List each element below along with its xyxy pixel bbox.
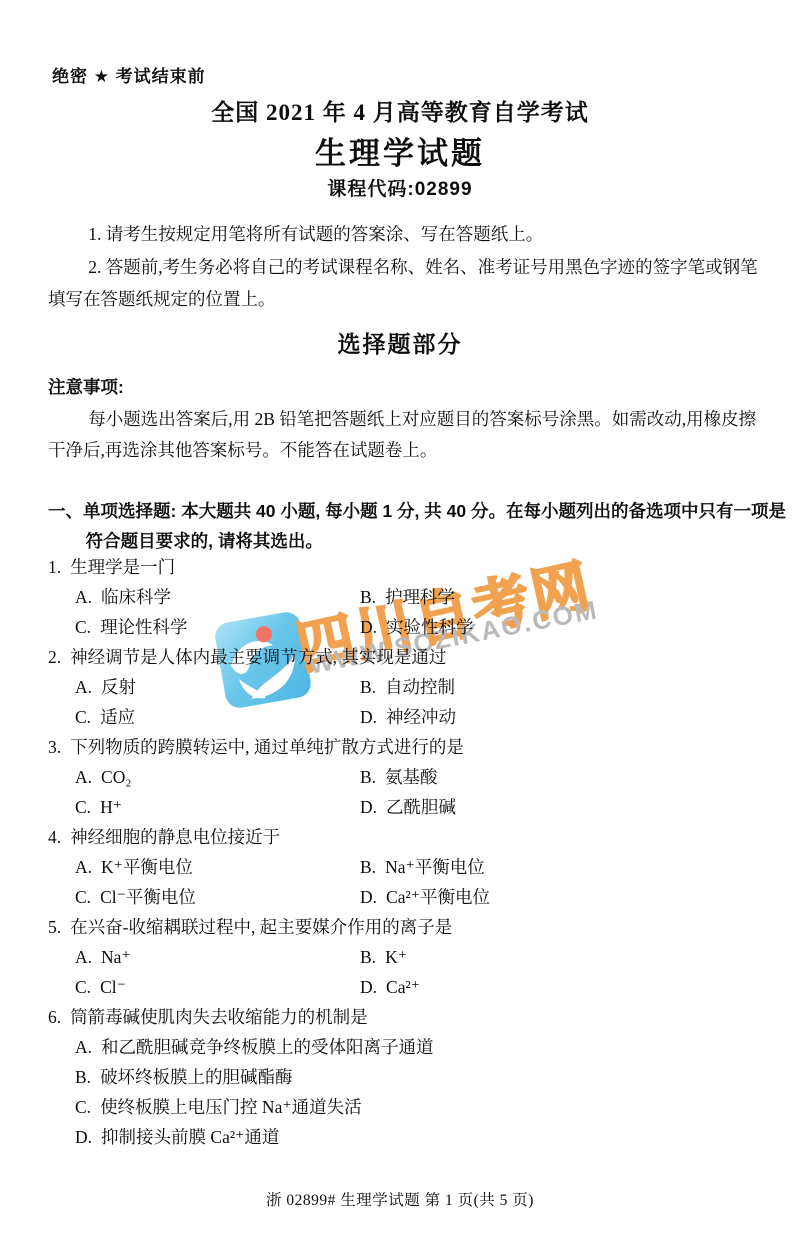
security-classification-label: 绝密 ★ 考试结束前 <box>52 62 206 87</box>
option-a: A.反射 <box>75 677 136 697</box>
option-a: A.CO₂ <box>75 767 131 787</box>
option-c: C.理论性科学 <box>75 617 188 637</box>
option-c: C.H⁺ <box>75 797 122 817</box>
option-a: A.K⁺平衡电位 <box>75 857 193 877</box>
question-stem-text: 在兴奋-收缩耦联过程中, 起主要媒介作用的离子是 <box>70 917 452 937</box>
option-d: D.神经冲动 <box>360 702 456 732</box>
question-stem: 1.生理学是一门 <box>48 552 760 582</box>
option-a: A.临床科学 <box>75 587 171 607</box>
option-row: A.CO₂ B.氨基酸 <box>48 762 760 792</box>
question-number: 5. <box>48 917 61 937</box>
option-row: A.Na⁺ B.K⁺ <box>48 942 760 972</box>
part-one-heading: 一、单项选择题: 本大题共 40 小题, 每小题 1 分, 共 40 分。在每小… <box>48 496 800 556</box>
option-c: C.适应 <box>75 707 135 727</box>
option-row: C.理论性科学 D.实验性科学 <box>48 612 760 642</box>
option-c: C.Cl⁻ <box>75 977 126 997</box>
question-4: 4.神经细胞的静息电位接近于 A.K⁺平衡电位 B.Na⁺平衡电位 C.Cl⁻平… <box>48 822 760 912</box>
instruction-item-1: 1. 请考生按规定用笔将所有试题的答案涂、写在答题纸上。 <box>48 218 758 251</box>
option-row: C.适应 D.神经冲动 <box>48 702 760 732</box>
option-c: C.使终板膜上电压门控 Na⁺通道失活 <box>48 1092 760 1122</box>
option-row: A.K⁺平衡电位 B.Na⁺平衡电位 <box>48 852 760 882</box>
question-stem: 6.筒箭毒碱使肌肉失去收缩能力的机制是 <box>48 1002 760 1032</box>
question-number: 3. <box>48 737 61 757</box>
notice-block: 注意事项: 每小题选出答案后,用 2B 铅笔把答题纸上对应题目的答案标号涂黑。如… <box>48 372 758 467</box>
option-d: D.Ca²⁺平衡电位 <box>360 882 490 912</box>
option-row: A.反射 B.自动控制 <box>48 672 760 702</box>
option-row: C.H⁺ D.乙酰胆碱 <box>48 792 760 822</box>
option-b: B.破坏终板膜上的胆碱酯酶 <box>48 1062 760 1092</box>
page-footer: 浙 02899# 生理学试题 第 1 页(共 5 页) <box>0 1188 800 1210</box>
notice-body: 每小题选出答案后,用 2B 铅笔把答题纸上对应题目的答案标号涂黑。如需改动,用橡… <box>48 404 758 467</box>
question-5: 5.在兴奋-收缩耦联过程中, 起主要媒介作用的离子是 A.Na⁺ B.K⁺ C.… <box>48 912 760 1002</box>
exam-paper-page: 四川自考网 WWW.SCZIKAO.COM 绝密 ★ 考试结束前 全国 2021… <box>0 0 800 1243</box>
general-instructions: 1. 请考生按规定用笔将所有试题的答案涂、写在答题纸上。 2. 答题前,考生务必… <box>48 218 758 316</box>
option-d: D.乙酰胆碱 <box>360 792 456 822</box>
notice-title: 注意事项: <box>48 372 758 404</box>
question-stem-text: 神经细胞的静息电位接近于 <box>70 827 280 847</box>
question-3: 3.下列物质的跨膜转运中, 通过单纯扩散方式进行的是 A.CO₂ B.氨基酸 C… <box>48 732 760 822</box>
question-number: 6. <box>48 1007 61 1027</box>
question-stem-text: 生理学是一门 <box>70 557 175 577</box>
question-6: 6.筒箭毒碱使肌肉失去收缩能力的机制是 A.和乙酰胆碱竞争终板膜上的受体阳离子通… <box>48 1002 760 1152</box>
question-stem-text: 筒箭毒碱使肌肉失去收缩能力的机制是 <box>70 1007 368 1027</box>
option-d: D.实验性科学 <box>360 612 474 642</box>
question-stem-text: 下列物质的跨膜转运中, 通过单纯扩散方式进行的是 <box>70 737 464 757</box>
option-d: D.抑制接头前膜 Ca²⁺通道 <box>48 1122 760 1152</box>
question-stem: 3.下列物质的跨膜转运中, 通过单纯扩散方式进行的是 <box>48 732 760 762</box>
question-stem: 4.神经细胞的静息电位接近于 <box>48 822 760 852</box>
question-stem-text: 神经调节是人体内最主要调节方式, 其实现是通过 <box>70 647 446 667</box>
option-d: D.Ca²⁺ <box>360 972 420 1002</box>
option-c: C.Cl⁻平衡电位 <box>75 887 196 907</box>
option-row: C.Cl⁻平衡电位 D.Ca²⁺平衡电位 <box>48 882 760 912</box>
option-row: A.临床科学 B.护理科学 <box>48 582 760 612</box>
option-b: B.护理科学 <box>360 582 455 612</box>
option-row: C.Cl⁻ D.Ca²⁺ <box>48 972 760 1002</box>
question-number: 4. <box>48 827 61 847</box>
exam-session-title: 全国 2021 年 4 月高等教育自学考试 <box>0 94 800 127</box>
option-a: A.和乙酰胆碱竞争终板膜上的受体阳离子通道 <box>48 1032 760 1062</box>
question-number: 2. <box>48 647 61 667</box>
section-title: 选择题部分 <box>0 326 800 359</box>
question-number: 1. <box>48 557 61 577</box>
exam-subject-title: 生理学试题 <box>0 128 800 173</box>
question-list: 1.生理学是一门 A.临床科学 B.护理科学 C.理论性科学 D.实验性科学 2… <box>48 552 760 1152</box>
option-b: B.自动控制 <box>360 672 455 702</box>
question-1: 1.生理学是一门 A.临床科学 B.护理科学 C.理论性科学 D.实验性科学 <box>48 552 760 642</box>
question-stem: 5.在兴奋-收缩耦联过程中, 起主要媒介作用的离子是 <box>48 912 760 942</box>
option-b: B.Na⁺平衡电位 <box>360 852 485 882</box>
option-b: B.氨基酸 <box>360 762 438 792</box>
question-stem: 2.神经调节是人体内最主要调节方式, 其实现是通过 <box>48 642 760 672</box>
instruction-item-2: 2. 答题前,考生务必将自己的考试课程名称、姓名、准考证号用黑色字迹的签字笔或钢… <box>48 251 758 316</box>
course-code: 课程代码:02899 <box>0 174 800 201</box>
question-2: 2.神经调节是人体内最主要调节方式, 其实现是通过 A.反射 B.自动控制 C.… <box>48 642 760 732</box>
option-a: A.Na⁺ <box>75 947 131 967</box>
option-b: B.K⁺ <box>360 942 407 972</box>
